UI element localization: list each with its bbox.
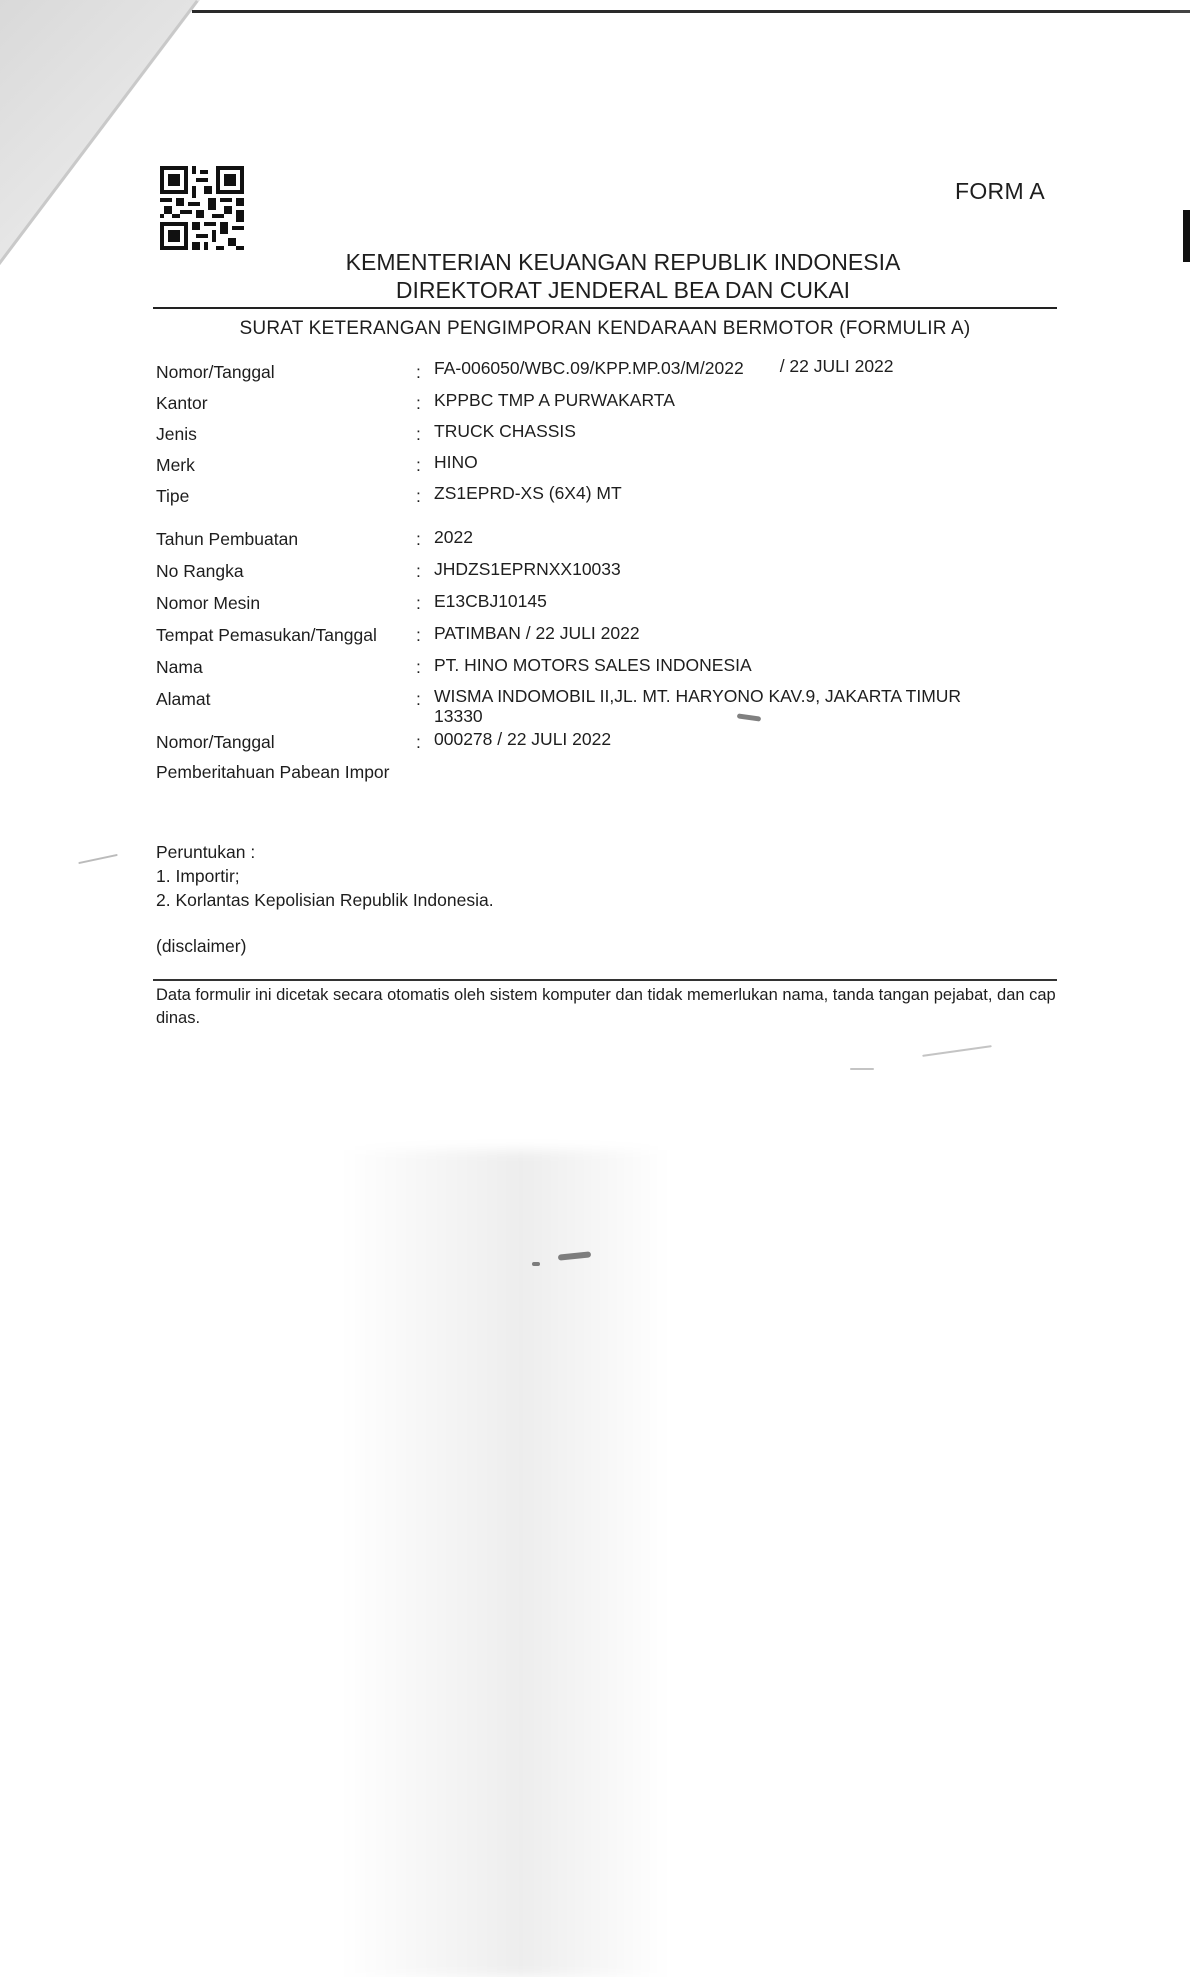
header-divider (153, 307, 1057, 309)
field-label: Kantor (156, 393, 416, 414)
ink-smudge (850, 1068, 874, 1070)
field-row-merk: Merk : HINO (156, 455, 1056, 476)
allocation-item: 2. Korlantas Kepolisian Republik Indones… (156, 888, 494, 912)
ink-smudge (78, 854, 118, 864)
field-colon: : (416, 561, 434, 582)
scan-shadow (340, 1150, 670, 1977)
field-value: E13CBJ10145 (434, 591, 1056, 612)
field-value: FA-006050/WBC.09/KPP.MP.03/M/2022/ 22 JU… (434, 362, 1056, 383)
vehicle-fields: Nomor/Tanggal : FA-006050/WBC.09/KPP.MP.… (156, 362, 1056, 783)
field-label: No Rangka (156, 561, 416, 582)
ink-smudge (922, 1045, 992, 1057)
ink-smudge (532, 1262, 540, 1266)
qr-code-icon (160, 166, 244, 250)
field-colon: : (416, 625, 434, 646)
field-value: PATIMBAN / 22 JULI 2022 (434, 623, 1056, 644)
field-colon: : (416, 657, 434, 678)
field-row-tempat-pemasukan: Tempat Pemasukan/Tanggal : PATIMBAN / 22… (156, 625, 1056, 646)
document-date: / 22 JULI 2022 (780, 356, 894, 376)
field-label: Jenis (156, 424, 416, 445)
footer-note: Data formulir ini dicetak secara otomati… (156, 984, 1056, 1030)
field-value: 000278 / 22 JULI 2022 (434, 729, 1056, 750)
allocation-item: 1. Importir; (156, 864, 494, 888)
allocation-section: Peruntukan : 1. Importir; 2. Korlantas K… (156, 840, 494, 912)
field-label: Nomor Mesin (156, 593, 416, 614)
scan-top-edge (192, 10, 1182, 13)
field-colon: : (416, 529, 434, 550)
field-label: Tahun Pembuatan (156, 529, 416, 550)
document-number: FA-006050/WBC.09/KPP.MP.03/M/2022 (434, 358, 744, 378)
field-colon: : (416, 362, 434, 383)
field-row-kantor: Kantor : KPPBC TMP A PURWAKARTA (156, 393, 1056, 414)
field-label: Tempat Pemasukan/Tanggal (156, 625, 416, 646)
field-colon: : (416, 393, 434, 414)
field-value: PT. HINO MOTORS SALES INDONESIA (434, 655, 1056, 676)
field-value: TRUCK CHASSIS (434, 421, 1056, 442)
field-row-nomor-mesin: Nomor Mesin : E13CBJ10145 (156, 593, 1056, 614)
document-subtitle: SURAT KETERANGAN PENGIMPORAN KENDARAAN B… (150, 318, 1060, 340)
form-code: FORM A (955, 178, 1045, 205)
field-value: ZS1EPRD-XS (6X4) MT (434, 483, 1056, 504)
allocation-title: Peruntukan : (156, 840, 494, 864)
field-row-nomor-tanggal: Nomor/Tanggal : FA-006050/WBC.09/KPP.MP.… (156, 362, 1056, 383)
field-value: 2022 (434, 527, 1056, 548)
address-line-1: WISMA INDOMOBIL II,JL. MT. HARYONO KAV.9… (434, 686, 1056, 707)
field-colon: : (416, 732, 434, 753)
field-label: Merk (156, 455, 416, 476)
field-row-alamat: Alamat : WISMA INDOMOBIL II,JL. MT. HARY… (156, 689, 1056, 728)
field-label-line-2: Pemberitahuan Pabean Impor (156, 762, 416, 783)
field-label: Nama (156, 657, 416, 678)
field-row-pemberitahuan-pabean: Nomor/Tanggal Pemberitahuan Pabean Impor… (156, 732, 1056, 783)
field-label: Nomor/Tanggal (156, 362, 416, 383)
field-colon: : (416, 689, 434, 710)
directorate-title: DIREKTORAT JENDERAL BEA DAN CUKAI (150, 276, 1056, 304)
field-label: Tipe (156, 486, 416, 507)
field-colon: : (416, 593, 434, 614)
scan-edge-mark (1183, 210, 1190, 262)
footer-divider (153, 979, 1057, 981)
ministry-title: KEMENTERIAN KEUANGAN REPUBLIK INDONESIA (150, 248, 1056, 276)
field-colon: : (416, 455, 434, 476)
field-row-jenis: Jenis : TRUCK CHASSIS (156, 424, 1056, 445)
field-row-no-rangka: No Rangka : JHDZS1EPRNXX10033 (156, 561, 1056, 582)
document-header: KEMENTERIAN KEUANGAN REPUBLIK INDONESIA … (150, 248, 1056, 304)
scan-corner-mark (1170, 10, 1190, 13)
field-label: Nomor/Tanggal Pemberitahuan Pabean Impor (156, 732, 416, 783)
field-label: Alamat (156, 689, 416, 710)
field-colon: : (416, 424, 434, 445)
field-colon: : (416, 486, 434, 507)
field-value: HINO (434, 452, 1056, 473)
address-line-2: 13330 (434, 707, 1056, 725)
field-label-line-1: Nomor/Tanggal (156, 732, 416, 753)
field-row-tahun-pembuatan: Tahun Pembuatan : 2022 (156, 529, 1056, 550)
field-value: JHDZS1EPRNXX10033 (434, 559, 1056, 580)
field-row-nama: Nama : PT. HINO MOTORS SALES INDONESIA (156, 657, 1056, 678)
disclaimer-label: (disclaimer) (156, 936, 246, 957)
field-value: WISMA INDOMOBIL II,JL. MT. HARYONO KAV.9… (434, 686, 1056, 725)
field-value: KPPBC TMP A PURWAKARTA (434, 390, 1056, 411)
field-row-tipe: Tipe : ZS1EPRD-XS (6X4) MT (156, 486, 1056, 507)
